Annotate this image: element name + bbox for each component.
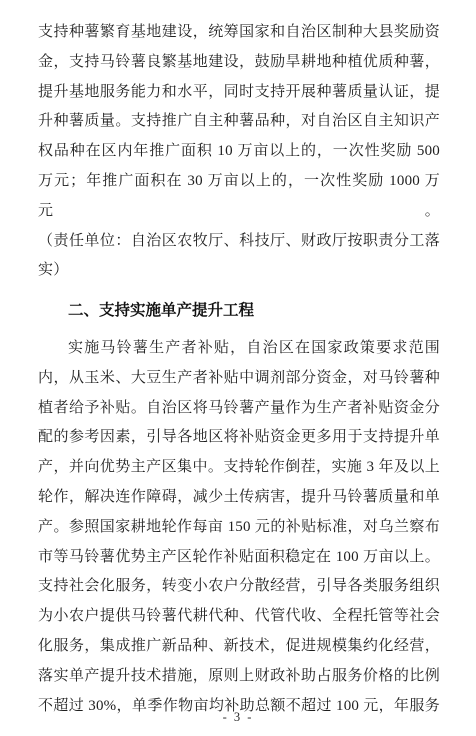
body-line: 万元；年推广面积在 30 万亩以上的，一次性奖励 1000 万元。 (38, 167, 440, 227)
body-line: 实） (38, 256, 440, 286)
body-line: 配的参考因素，引导各地区将补贴资金更多用于支持提升单 (38, 423, 440, 453)
body-line: 为小农户提供马铃薯代耕代种、代管代收、全程托管等社会 (38, 602, 440, 632)
body-line: 市等马铃薯优势主产区轮作补贴面积稳定在 100 万亩以上。 (38, 543, 440, 573)
body-line: 产，并向优势主产区集中。支持轮作倒茬，实施 3 年及以上 (38, 453, 440, 483)
body-line: 化服务，集成推广新品种、新技术，促进规模集约化经营， (38, 632, 440, 662)
body-line: 支持种薯繁育基地建设，统筹国家和自治区制种大县奖励资 (38, 18, 440, 48)
body-line: 落实单产提升技术措施，原则上财政补助占服务价格的比例 (38, 662, 440, 692)
section-heading: 二、支持实施单产提升工程 (38, 296, 440, 326)
body-line: 权品种在区内年推广面积 10 万亩以上的，一次性奖励 500 (38, 137, 440, 167)
body-line: 轮作，解决连作障碍，减少土传病害，提升马铃薯质量和单 (38, 483, 440, 513)
page-number: - 3 - (0, 710, 476, 725)
body-line: 内，从玉米、大豆生产者补贴中调剂部分资金，对马铃薯种 (38, 364, 440, 394)
body-line: （责任单位：自治区农牧厅、科技厅、财政厅按职责分工落 (38, 227, 440, 257)
body-line: 实施马铃薯生产者补贴，自治区在国家政策要求范围 (38, 334, 440, 364)
body-line: 植者给予补贴。自治区将马铃薯产量作为生产者补贴资金分 (38, 394, 440, 424)
body-line: 提升基地服务能力和水平，同时支持开展种薯质量认证，提 (38, 78, 440, 108)
body-line: 升种薯质量。支持推广自主种薯品种，对自治区自主知识产 (38, 107, 440, 137)
text-block: 支持种薯繁育基地建设，统筹国家和自治区制种大县奖励资 金，支持马铃薯良繁基地建设… (38, 18, 440, 721)
body-line: 产。参照国家耕地轮作每亩 150 元的补贴标准，对乌兰察布 (38, 513, 440, 543)
document-page: 支持种薯繁育基地建设，统筹国家和自治区制种大县奖励资 金，支持马铃薯良繁基地建设… (0, 0, 476, 736)
body-line: 金，支持马铃薯良繁基地建设，鼓励旱耕地种植优质种薯， (38, 48, 440, 78)
body-line: 支持社会化服务，转变小农户分散经营，引导各类服务组织 (38, 572, 440, 602)
